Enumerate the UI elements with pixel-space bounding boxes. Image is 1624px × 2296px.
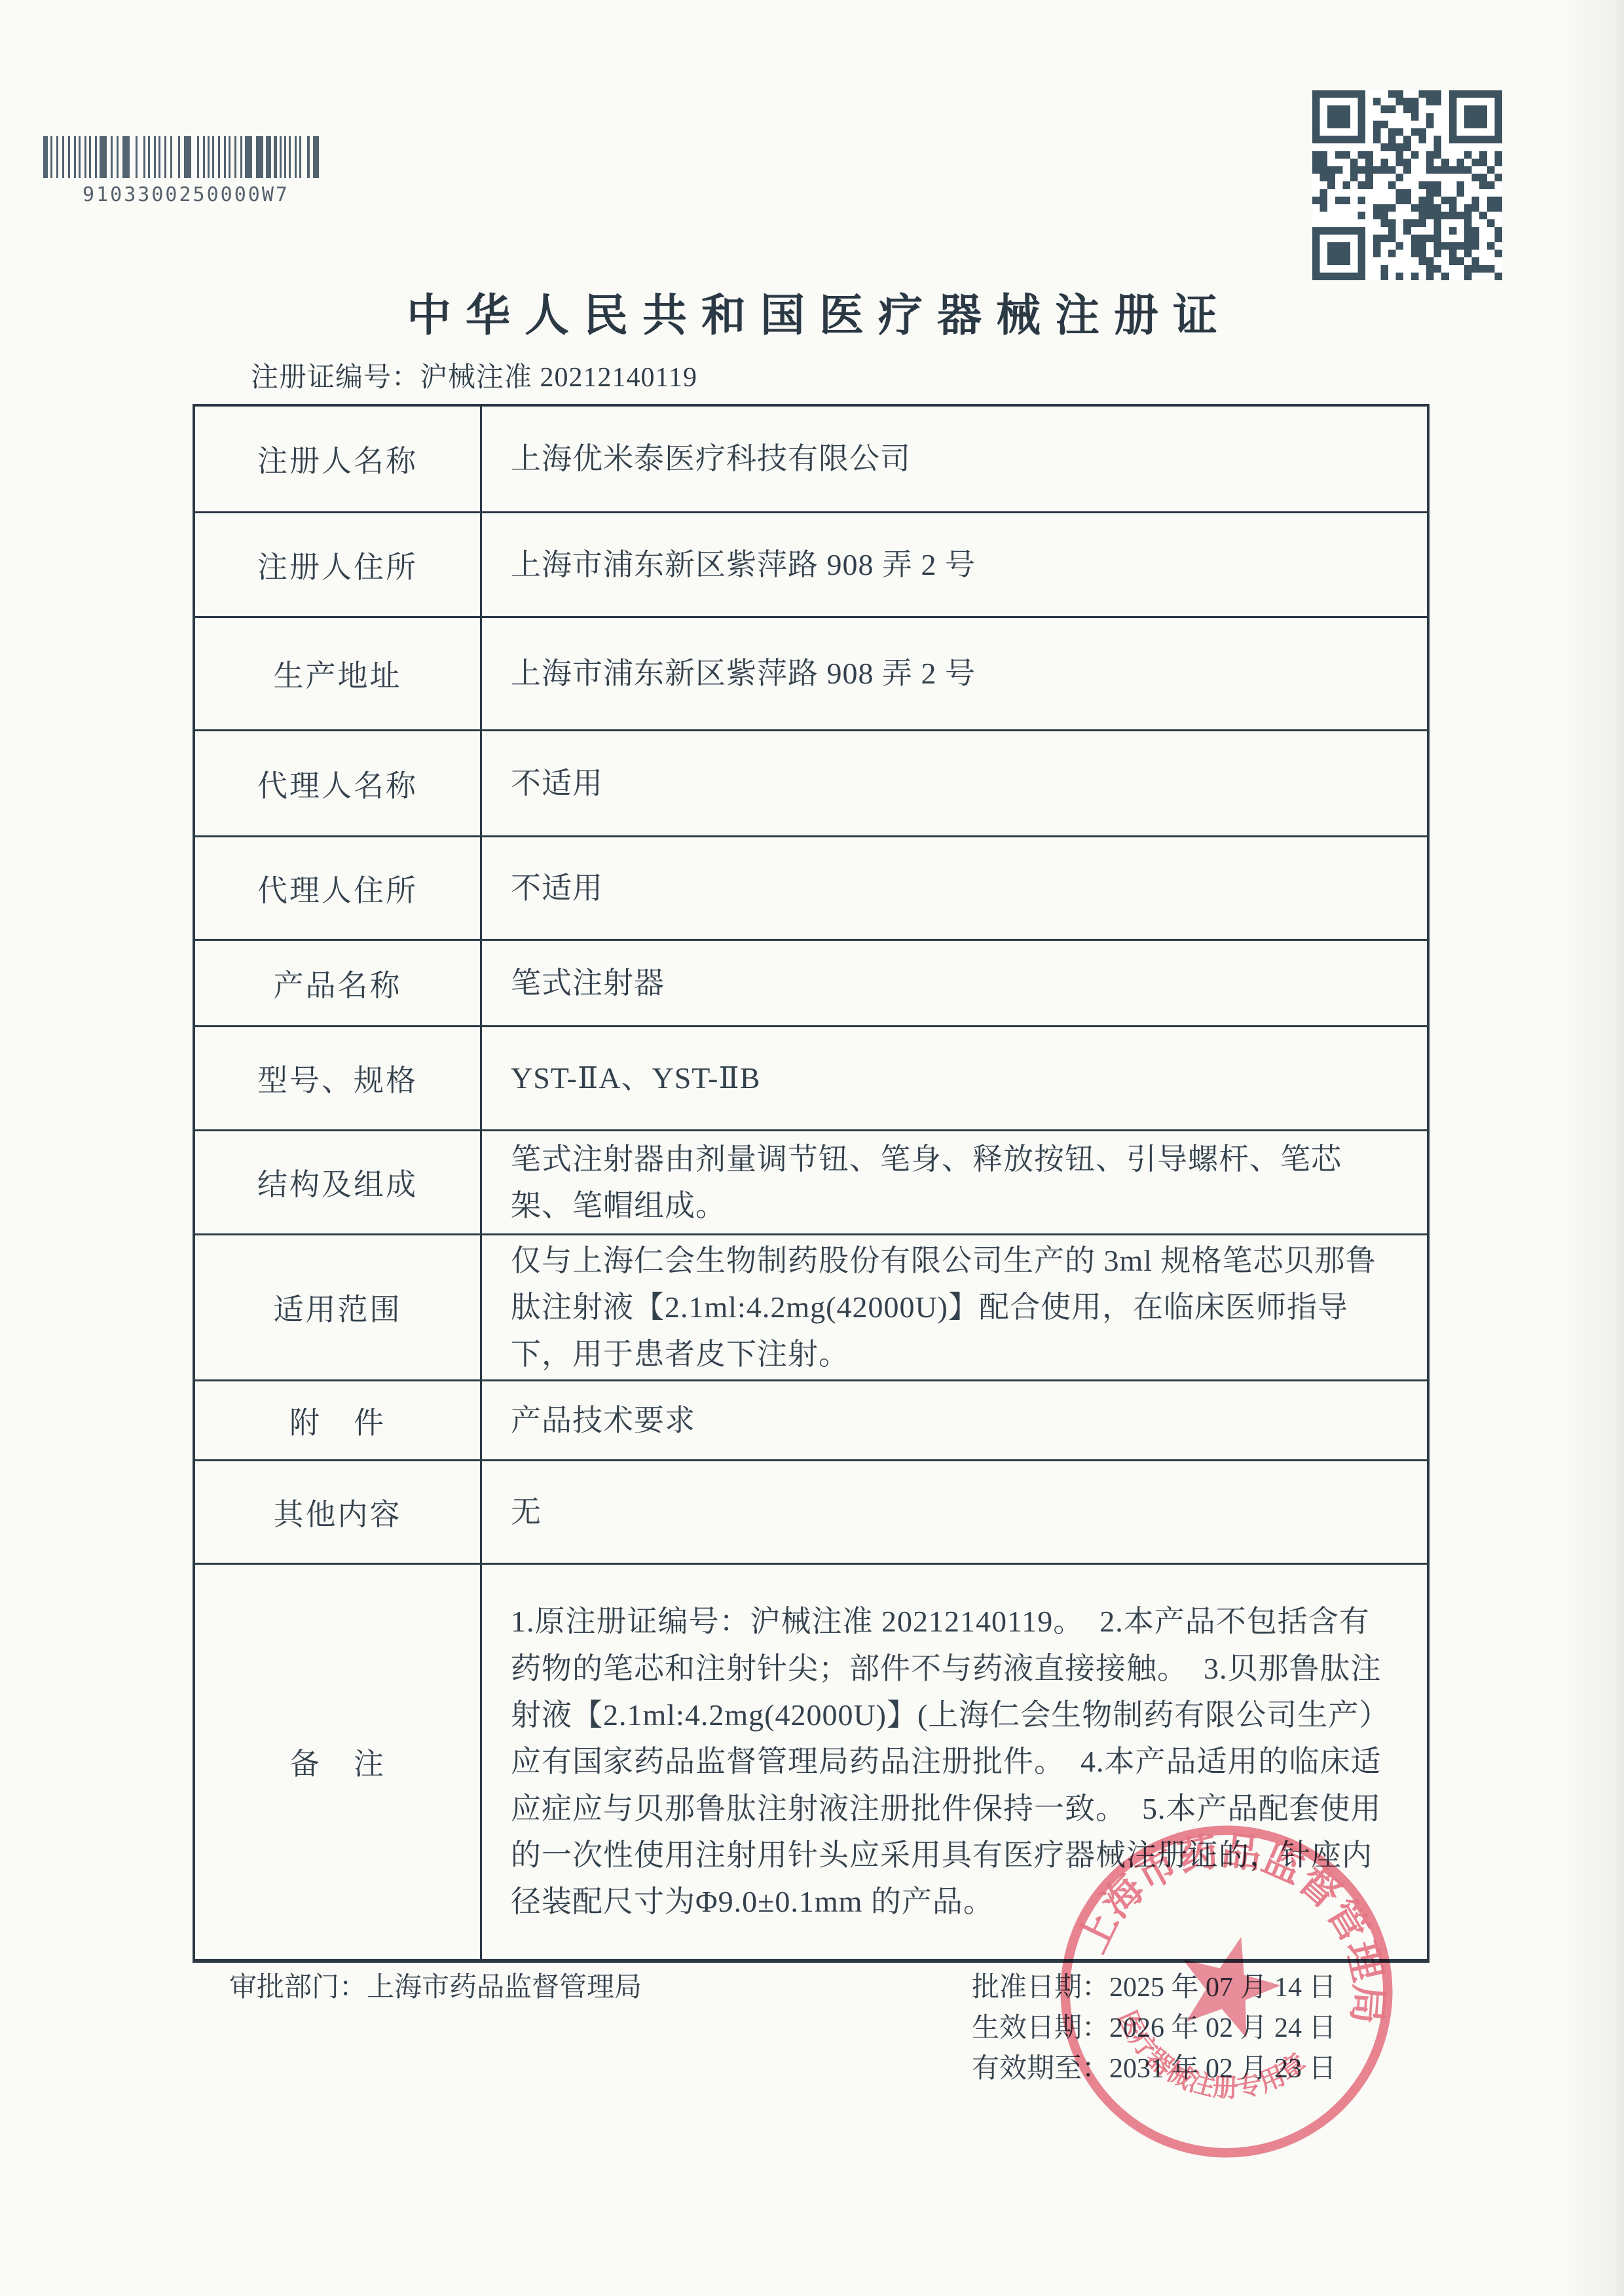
- expiry-date: 有效期至：2031 年 02 月 23 日: [972, 2049, 1337, 2089]
- row-model-spec: 型号、规格 YST-ⅡA、YST-ⅡB: [195, 1025, 1427, 1129]
- row-label: 附 件: [195, 1381, 482, 1459]
- row-attachment: 附 件 产品技术要求: [195, 1379, 1427, 1459]
- document-title: 中华人民共和国医疗器械注册证: [0, 280, 1624, 344]
- row-remarks: 备 注 1.原注册证编号：沪械注准 20212140119。 2.本产品不包括含…: [195, 1563, 1427, 1959]
- row-product-name: 产品名称 笔式注射器: [195, 939, 1427, 1025]
- row-registrant-address: 注册人住所 上海市浦东新区紫萍路 908 弄 2 号: [195, 511, 1427, 616]
- row-value: 1.原注册证编号：沪械注准 20212140119。 2.本产品不包括含有药物的…: [482, 1565, 1427, 1959]
- row-other-content: 其他内容 无: [195, 1459, 1427, 1563]
- approval-date: 批准日期：2025 年 07 月 14 日: [972, 1967, 1337, 2008]
- row-label: 生产地址: [195, 618, 482, 729]
- barcode: [43, 136, 329, 178]
- row-registrant-name: 注册人名称 上海优米泰医疗科技有限公司: [195, 407, 1427, 511]
- row-value: 产品技术要求: [482, 1381, 1427, 1459]
- row-label: 代理人住所: [195, 837, 482, 939]
- certificate-table: 注册人名称 上海优米泰医疗科技有限公司 注册人住所 上海市浦东新区紫萍路 908…: [193, 404, 1430, 1963]
- row-structure-composition: 结构及组成 笔式注射器由剂量调节钮、笔身、释放按钮、引导螺杆、笔芯架、笔帽组成。: [195, 1129, 1427, 1233]
- row-value: 笔式注射器: [482, 941, 1427, 1025]
- row-production-address: 生产地址 上海市浦东新区紫萍路 908 弄 2 号: [195, 616, 1427, 729]
- row-label: 代理人名称: [195, 731, 482, 835]
- row-value: 上海市浦东新区紫萍路 908 弄 2 号: [482, 618, 1427, 729]
- row-value: 不适用: [482, 837, 1427, 939]
- registration-number: 注册证编号：沪械注准 20212140119: [251, 355, 697, 395]
- row-value: YST-ⅡA、YST-ⅡB: [482, 1027, 1427, 1129]
- row-value: 上海市浦东新区紫萍路 908 弄 2 号: [482, 513, 1427, 616]
- row-label: 型号、规格: [195, 1027, 482, 1129]
- approval-department: 审批部门：上海市药品监督管理局: [229, 1967, 642, 2008]
- row-agent-name: 代理人名称 不适用: [195, 729, 1427, 835]
- row-label: 适用范围: [195, 1235, 482, 1379]
- barcode-number: 9103300250000W7: [43, 183, 329, 206]
- row-label: 注册人名称: [195, 407, 482, 511]
- row-label: 其他内容: [195, 1461, 482, 1563]
- certificate-page: 9103300250000W7 中华人民共和国医疗器械注册证 注册证编号：沪械注…: [0, 0, 1624, 2296]
- row-value: 上海优米泰医疗科技有限公司: [482, 407, 1427, 511]
- effective-date: 生效日期：2026 年 02 月 24 日: [972, 2008, 1337, 2049]
- row-value: 无: [482, 1461, 1427, 1563]
- qr-code: [1312, 90, 1502, 280]
- row-value: 不适用: [482, 731, 1427, 835]
- row-scope-of-application: 适用范围 仅与上海仁会生物制药股份有限公司生产的 3ml 规格笔芯贝那鲁肽注射液…: [195, 1233, 1427, 1379]
- row-value: 笔式注射器由剂量调节钮、笔身、释放按钮、引导螺杆、笔芯架、笔帽组成。: [482, 1131, 1427, 1233]
- row-label: 结构及组成: [195, 1131, 482, 1233]
- row-value: 仅与上海仁会生物制药股份有限公司生产的 3ml 规格笔芯贝那鲁肽注射液【2.1m…: [482, 1235, 1427, 1379]
- row-agent-address: 代理人住所 不适用: [195, 835, 1427, 939]
- row-label: 产品名称: [195, 941, 482, 1025]
- date-block: 批准日期：2025 年 07 月 14 日 生效日期：2026 年 02 月 2…: [972, 1967, 1337, 2089]
- row-label: 注册人住所: [195, 513, 482, 616]
- row-label: 备 注: [195, 1565, 482, 1959]
